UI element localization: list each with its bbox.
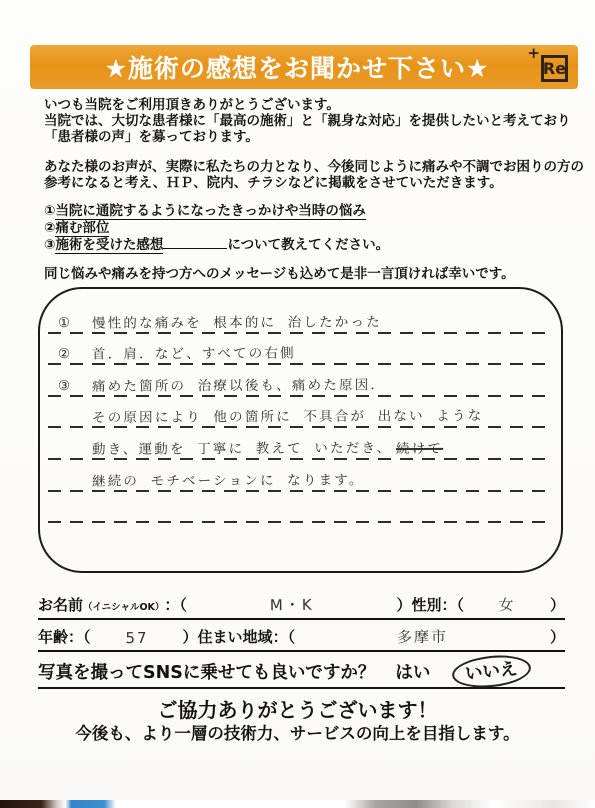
age-area-row: 年齢 ：（ 57 ） 住まい地域 ：（ 多摩市 ） bbox=[38, 624, 565, 652]
name-close-paren: ） bbox=[396, 594, 411, 615]
answer-line-7 bbox=[50, 492, 551, 524]
answer-line-5-struck-text: 続けて bbox=[396, 437, 443, 457]
gender-label: 性別 bbox=[411, 594, 441, 615]
sns-permission-row: 写真を撮ってSNSに乗せても良いですか？ はい いいえ bbox=[38, 656, 565, 689]
intro-line: いつも当院をご利用頂きありがとうございます。 bbox=[44, 97, 571, 113]
age-label: 年齢 bbox=[38, 626, 68, 647]
question-3-text: 施術を受けた感想 bbox=[55, 237, 163, 254]
answer-line-2-text: 首．肩．など、すべての右側 bbox=[92, 342, 296, 363]
answer-line-3-number: ③ bbox=[58, 378, 92, 394]
question-2-number: ② bbox=[44, 220, 55, 236]
question-list: ①当院に通院するようになったきっかけや当時の悩み ②痛む部位 ③施術を受けた感想… bbox=[44, 203, 389, 253]
question-2: ②痛む部位 bbox=[44, 220, 389, 237]
answer-line-2-number: ② bbox=[58, 346, 92, 362]
sns-option-yes: はい bbox=[395, 659, 430, 684]
answer-line-4: その原因により 他の箇所に 不具合が 出ない ような bbox=[50, 397, 551, 429]
question-3-suffix: について教えてください。 bbox=[227, 237, 389, 253]
answer-line-2: ② 首．肩．など、すべての右側 bbox=[50, 334, 551, 366]
page-title: ★施術の感想をお聞かせ下さい★ bbox=[30, 49, 530, 85]
logo-plus-icon: + bbox=[527, 46, 540, 61]
question-1: ①当院に通院するようになったきっかけや当時の悩み bbox=[44, 203, 389, 220]
name-gender-row: お名前 （イニシャルOK） ：（ M・K ） 性別 ：（ 女 ） bbox=[38, 592, 565, 620]
promise-line: 今後も、より一層の技術力、サービスの向上を目指します。 bbox=[0, 720, 595, 744]
answer-line-5: 動き、運動を 丁寧に 教えて いただき、 続けて bbox=[50, 428, 551, 460]
gender-close-paren: ） bbox=[550, 594, 565, 615]
thanks-line: ご協力ありがとうございます！ bbox=[0, 694, 595, 723]
clinic-logo: + Re bbox=[530, 45, 574, 89]
question-1-number: ① bbox=[44, 203, 55, 219]
logo-re-mark: Re bbox=[541, 55, 568, 82]
feedback-form-scan: ★施術の感想をお聞かせ下さい★ + Re いつも当院をご利用頂きありがとうござい… bbox=[0, 0, 595, 808]
area-label: 住まい地域 bbox=[198, 626, 273, 647]
message-request-line: 同じ悩みや痛みを持つ方へのメッセージも込めて是非一言頂ければ幸いです。 bbox=[44, 262, 515, 282]
intro-paragraph: いつも当院をご利用頂きありがとうございます。 当院では、大切な患者様に「最高の施… bbox=[44, 97, 571, 145]
sns-question: 写真を撮ってSNSに乗せても良いですか？ bbox=[38, 659, 375, 684]
answer-line-6: 継続の モチベーションに なります。 bbox=[50, 460, 551, 492]
gender-value: 女 bbox=[464, 594, 550, 616]
handwritten-answer-box: ① 慢性的な痛みを 根本的に 治したかった ② 首．肩．など、すべての右側 ③ … bbox=[38, 287, 563, 573]
area-value: 多摩市 bbox=[295, 625, 550, 648]
intro-line: 当院では、大切な患者様に「最高の施術」と「親身な対応」を提供したいと考えており bbox=[44, 113, 571, 129]
answer-line-3-text: 痛めた箇所の 治療以後も、痛めた原因． bbox=[92, 373, 386, 395]
sns-option-no-circled: いいえ bbox=[451, 652, 532, 691]
question-2-text: 痛む部位 bbox=[55, 220, 109, 237]
answer-line-4-text: その原因により 他の箇所に 不具合が 出ない ような bbox=[92, 404, 483, 426]
answer-line-5-text: 動き、運動を 丁寧に 教えて いただき、 bbox=[92, 436, 392, 458]
answer-line-6-text: 継続の モチベーションに なります。 bbox=[92, 468, 365, 489]
question-3: ③施術を受けた感想について教えてください。 bbox=[44, 237, 389, 254]
area-open-paren: ：（ bbox=[273, 626, 296, 647]
question-3-number: ③ bbox=[44, 237, 55, 253]
photo-bottom-edge bbox=[0, 800, 595, 808]
gender-open-paren: ：（ bbox=[441, 594, 464, 615]
purpose-line: 参考になると考え、ＨＰ、院内、チラシなどに掲載をさせていただきます。 bbox=[44, 175, 584, 191]
answer-line-1: ① 慢性的な痛みを 根本的に 治したかった bbox=[50, 302, 551, 334]
area-close-paren: ） bbox=[550, 626, 565, 647]
answer-line-1-number: ① bbox=[58, 315, 92, 331]
purpose-paragraph: あなた様のお声が、実際に私たちの力となり、今後同じように痛みや不調でお困りの方の… bbox=[44, 159, 584, 191]
intro-line: 「患者様の声」を募っております。 bbox=[44, 129, 571, 145]
name-open-paren: ：（ bbox=[164, 594, 187, 615]
name-label: お名前 bbox=[38, 594, 83, 615]
age-close-paren: ） bbox=[183, 626, 198, 647]
question-3-blank-underline bbox=[163, 238, 227, 249]
age-open-paren: ：（ bbox=[68, 626, 91, 647]
age-value: 57 bbox=[90, 629, 182, 648]
question-1-text: 当院に通院するようになったきっかけや当時の悩み bbox=[55, 203, 366, 220]
title-banner: ★施術の感想をお聞かせ下さい★ + Re bbox=[30, 45, 578, 89]
answer-line-3: ③ 痛めた箇所の 治療以後も、痛めた原因． bbox=[50, 365, 551, 397]
name-value: M・K bbox=[187, 593, 397, 616]
purpose-line: あなた様のお声が、実際に私たちの力となり、今後同じように痛みや不調でお困りの方の bbox=[44, 159, 584, 175]
answer-line-1-text: 慢性的な痛みを 根本的に 治したかった bbox=[92, 310, 382, 332]
name-initial-note: （イニシャルOK） bbox=[83, 599, 164, 615]
